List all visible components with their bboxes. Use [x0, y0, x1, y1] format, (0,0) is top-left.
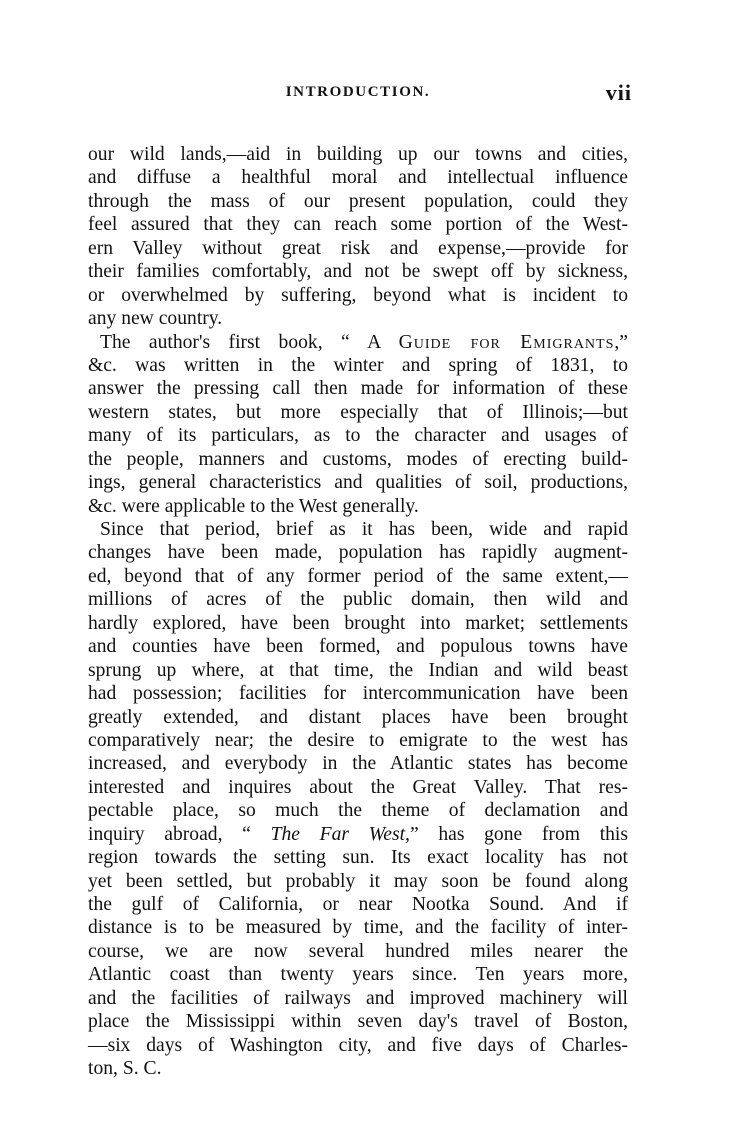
text-line: western states, but more especially that… — [88, 401, 628, 424]
text-line: course, we are now several hundred miles… — [88, 940, 628, 963]
text-line: &c. were applicable to the West generall… — [88, 495, 628, 518]
text-line: any new country. — [88, 307, 628, 330]
text-line: feel assured that they can reach some po… — [88, 213, 628, 236]
text-line: changes have been made, population has r… — [88, 541, 628, 564]
text-line: had possession; facilities for intercomm… — [88, 682, 628, 705]
text-fragment: The author's first book, “ A — [100, 332, 399, 353]
text-line: their families comfortably, and not be s… — [88, 260, 628, 283]
text-line: —six days of Washington city, and five d… — [88, 1034, 628, 1057]
text-line: Since that period, brief as it has been,… — [88, 518, 628, 541]
book-title-small-caps: Guide for Emigrants — [399, 332, 615, 353]
text-line: pectable place, so much the theme of dec… — [88, 799, 628, 822]
text-line: &c. was written in the winter and spring… — [88, 354, 628, 377]
text-line: the people, manners and customs, modes o… — [88, 448, 628, 471]
text-line: increased, and everybody in the Atlantic… — [88, 752, 628, 775]
body-text: our wild lands,—aid in building up our t… — [88, 143, 628, 1081]
text-line: comparatively near; the desire to emigra… — [88, 729, 628, 752]
text-line: distance is to be measured by time, and … — [88, 916, 628, 939]
text-line: Atlantic coast than twenty years since. … — [88, 963, 628, 986]
text-line: or overwhelmed by suffering, beyond what… — [88, 284, 628, 307]
text-line: The author's first book, “ A Guide for E… — [88, 331, 628, 354]
text-line: sprung up where, at that time, the India… — [88, 659, 628, 682]
text-line: our wild lands,—aid in building up our t… — [88, 143, 628, 166]
text-line: ed, beyond that of any former period of … — [88, 565, 628, 588]
text-line: hardly explored, have been brought into … — [88, 612, 628, 635]
text-line: millions of acres of the public domain, … — [88, 588, 628, 611]
text-line: inquiry abroad, “ The Far West,” has gon… — [88, 823, 628, 846]
text-line: interested and inquires about the Great … — [88, 776, 628, 799]
text-line: many of its particulars, as to the chara… — [88, 424, 628, 447]
running-title: INTRODUCTION. — [88, 84, 628, 101]
paragraph-3: Since that period, brief as it has been,… — [88, 518, 628, 1081]
text-line: ern Valley without great risk and expens… — [88, 237, 628, 260]
text-line: and counties have been formed, and popul… — [88, 635, 628, 658]
text-line: answer the pressing call then made for i… — [88, 377, 628, 400]
text-line: and diffuse a healthful moral and intell… — [88, 166, 628, 189]
text-fragment: ” has gone from this — [410, 824, 628, 845]
text-line: the gulf of California, or near Nootka S… — [88, 893, 628, 916]
text-line: greatly extended, and distant places hav… — [88, 706, 628, 729]
paragraph-1: our wild lands,—aid in building up our t… — [88, 143, 628, 331]
page-number: vii — [606, 80, 632, 106]
italic-phrase: The Far West, — [271, 824, 410, 845]
text-line: and the facilities of railways and impro… — [88, 987, 628, 1010]
text-line: through the mass of our present populati… — [88, 190, 628, 213]
text-line: region towards the setting sun. Its exac… — [88, 846, 628, 869]
text-line: ton, S. C. — [88, 1057, 628, 1080]
text-line: ings, general characteristics and qualit… — [88, 471, 628, 494]
page-header: INTRODUCTION. vii — [88, 84, 628, 108]
text-line: place the Mississippi within seven day's… — [88, 1010, 628, 1033]
book-page: INTRODUCTION. vii our wild lands,—aid in… — [0, 0, 736, 1133]
text-fragment: ,” — [614, 332, 628, 353]
text-fragment: inquiry abroad, “ — [88, 824, 271, 845]
paragraph-2: The author's first book, “ A Guide for E… — [88, 331, 628, 519]
text-line: yet been settled, but probably it may so… — [88, 870, 628, 893]
